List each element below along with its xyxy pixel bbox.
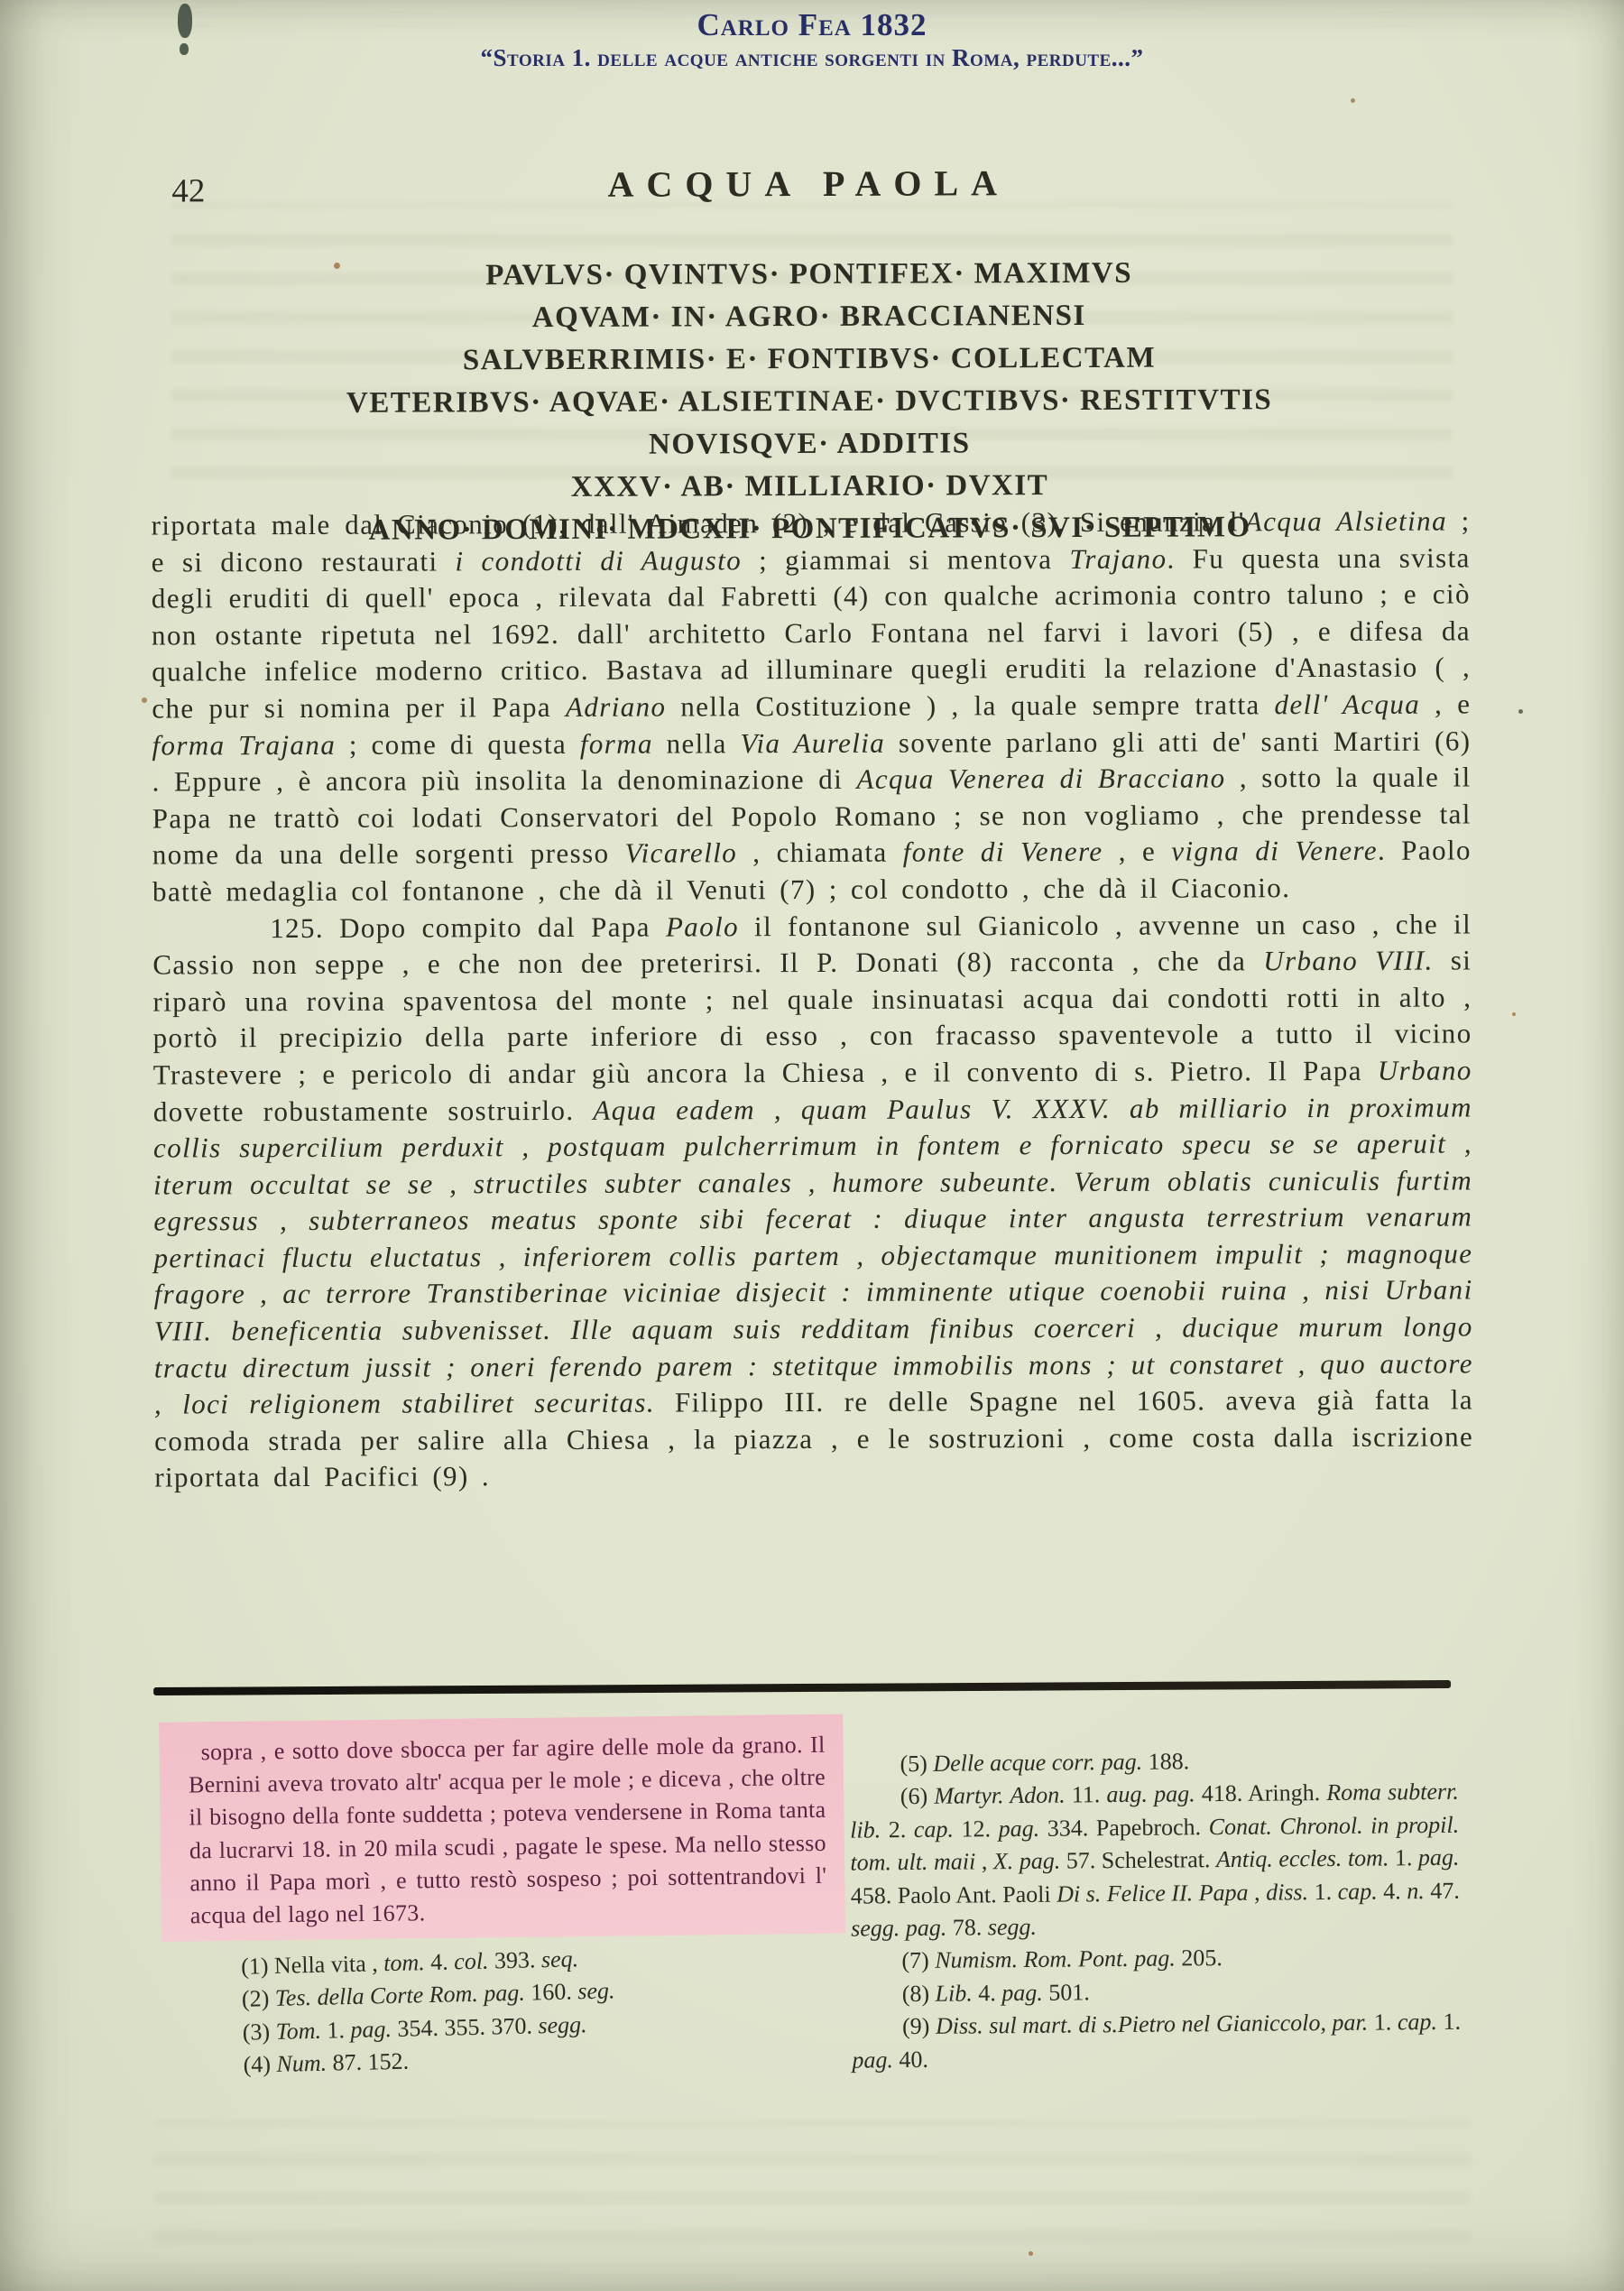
paper-speck xyxy=(1351,98,1355,103)
paper-speck xyxy=(142,697,147,703)
footnote-divider-rule xyxy=(153,1680,1451,1695)
body-paragraph-1: riportata male dal Ciaconio (1), dall' A… xyxy=(152,503,1472,910)
page-scan-content: 42 ACQUA PAOLA PAVLVS· QVINTVS· PONTIFEX… xyxy=(0,0,1624,2291)
scan-edge-mark xyxy=(178,4,192,38)
paper-speck xyxy=(219,1070,223,1074)
highlighted-footnote-passage: sopra , e sotto dove sbocca per far agir… xyxy=(159,1714,845,1942)
page-title: ACQUA PAOLA xyxy=(150,160,1467,207)
scan-edge-mark xyxy=(180,43,189,55)
paper-speck xyxy=(334,263,340,269)
body-paragraph-2: 125. Dopo compito dal Papa Paolo il font… xyxy=(152,906,1473,1497)
scanned-book-page: Carlo Fea 1832 “Storia 1. delle acque an… xyxy=(0,0,1624,2291)
paper-speck xyxy=(1518,709,1523,714)
footnotes-left-column: sopra , e sotto dove sbocca per far agir… xyxy=(160,1717,844,2077)
paper-speck xyxy=(1512,1012,1516,1016)
footnotes-left-list: (1) Nella vita , tom. 4. col. 393. seq.(… xyxy=(160,1937,846,2084)
body-text: riportata male dal Ciaconio (1), dall' A… xyxy=(152,503,1474,1496)
paper-speck xyxy=(1029,2251,1033,2256)
footnotes-right-column: (5) Delle acque corr. pag. 188.(6) Marty… xyxy=(849,1743,1461,2077)
